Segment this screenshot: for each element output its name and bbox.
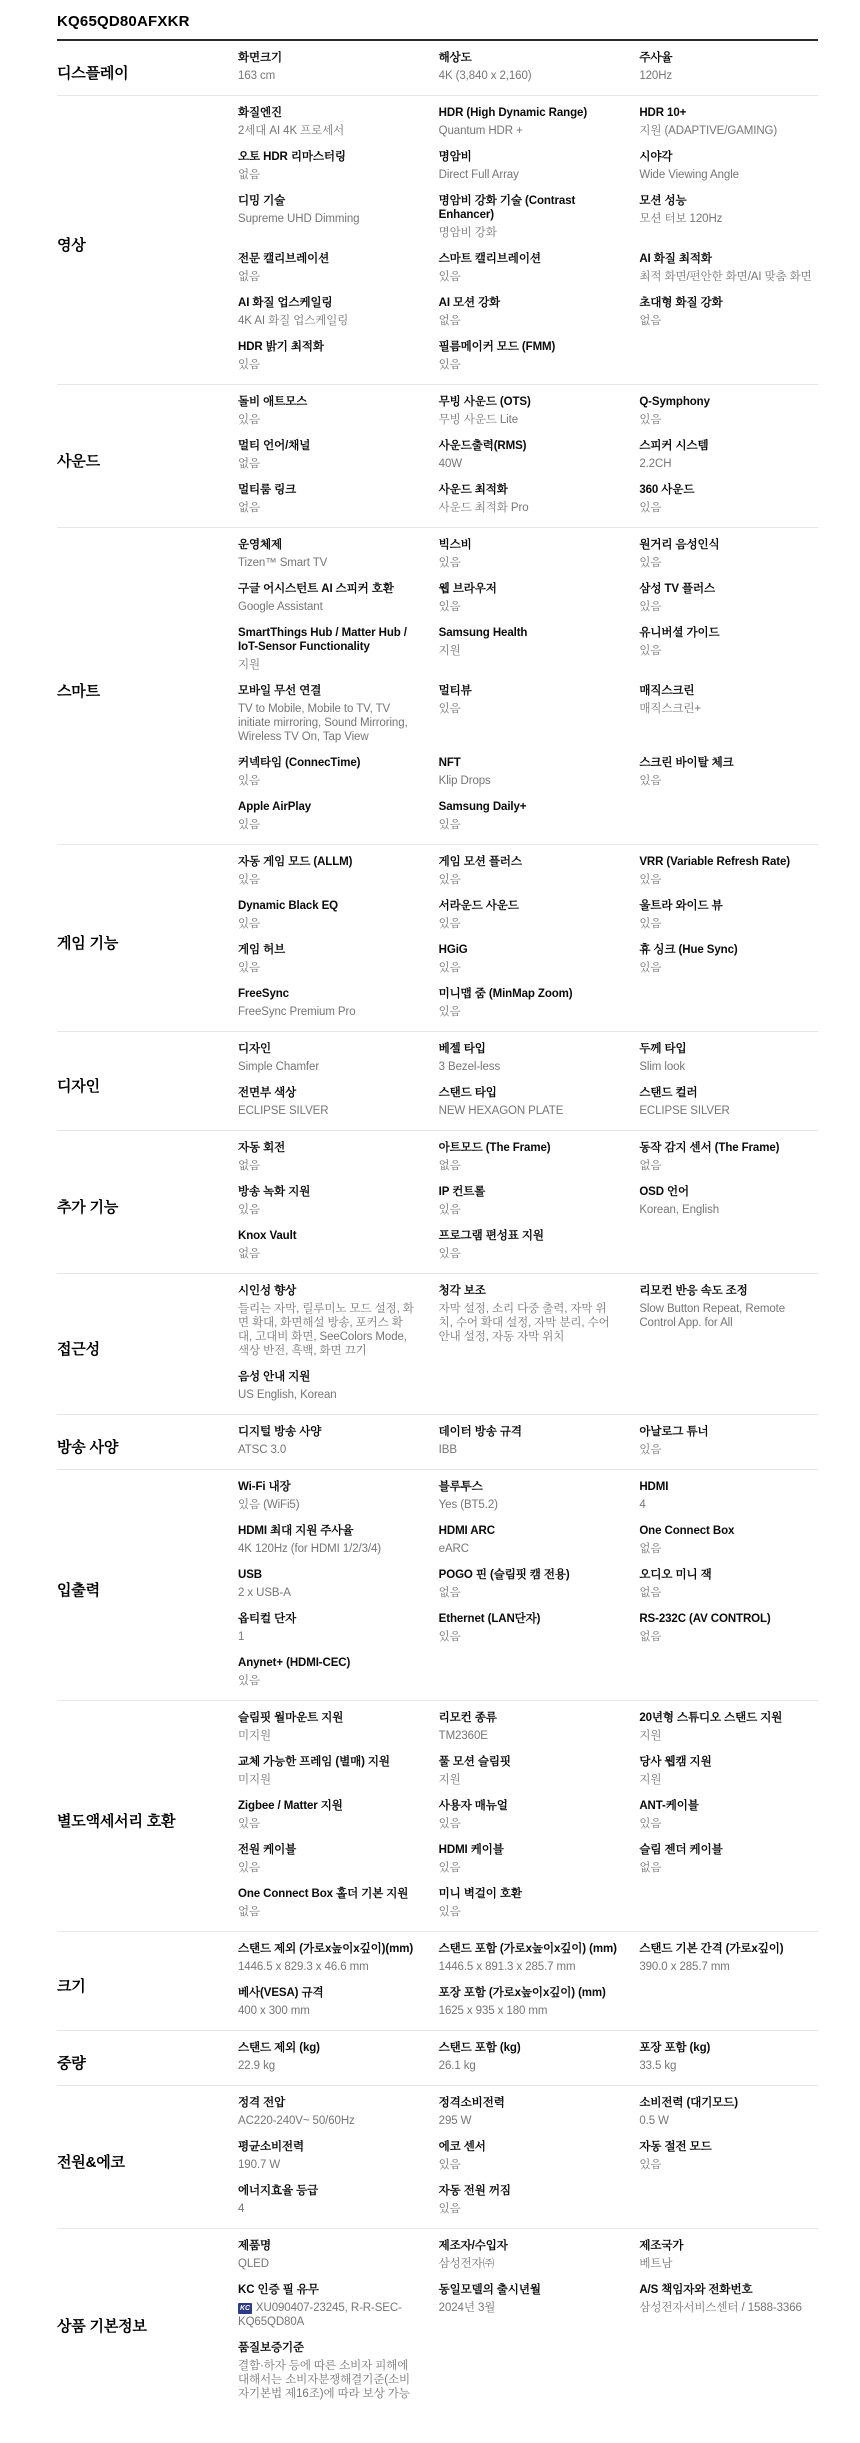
spec-name: USB bbox=[238, 1568, 417, 1582]
spec-item: 스피커 시스템 2.2CH bbox=[639, 439, 818, 471]
spec-item: 커넥타임 (ConnecTime) 있음 bbox=[238, 756, 417, 788]
spec-name: 정격 전압 bbox=[238, 2096, 417, 2110]
spec-item: FreeSync FreeSync Premium Pro bbox=[238, 987, 417, 1019]
spec-item: Knox Vault 없음 bbox=[238, 1229, 417, 1261]
spec-value: 1 bbox=[238, 1630, 417, 1644]
spec-name: 평균소비전력 bbox=[238, 2140, 417, 2154]
spec-item: 삼성 TV 플러스 있음 bbox=[639, 582, 818, 614]
spec-name: 사운드 최적화 bbox=[439, 483, 618, 497]
section-items: 정격 전압 AC220-240V~ 50/60Hz 정격소비전력 295 W 소… bbox=[238, 2094, 818, 2228]
spec-name: 주사율 bbox=[639, 51, 818, 65]
spec-item: 동일모델의 출시년월 2024년 3월 bbox=[439, 2283, 618, 2315]
spec-item: 스탠드 컬러 ECLIPSE SILVER bbox=[639, 1086, 818, 1118]
spec-item: HDMI 최대 지원 주사율 4K 120Hz (for HDMI 1/2/3/… bbox=[238, 1524, 417, 1556]
spec-item: 자동 회전 없음 bbox=[238, 1141, 417, 1173]
spec-value: NEW HEXAGON PLATE bbox=[439, 1104, 618, 1118]
spec-value: 있음 bbox=[439, 600, 618, 614]
spec-item: 미니 벽걸이 호환 있음 bbox=[439, 1887, 618, 1919]
spec-name: ANT-케이블 bbox=[639, 1799, 818, 1813]
spec-value: Google Assistant bbox=[238, 600, 417, 614]
spec-value: 있음 bbox=[439, 1905, 618, 1919]
spec-name: HDR (High Dynamic Range) bbox=[439, 106, 618, 120]
spec-name: 슬림 젠더 케이블 bbox=[639, 1843, 818, 1857]
spec-name: RS-232C (AV CONTROL) bbox=[639, 1612, 818, 1626]
spec-section: 별도액세서리 호환 슬림핏 월마운트 지원 미지원 리모컨 종류 TM2360E… bbox=[57, 1701, 818, 1932]
spec-value: 무빙 사운드 Lite bbox=[439, 413, 618, 427]
spec-item: 모션 성능 모션 터보 120Hz bbox=[639, 194, 818, 226]
spec-value: AC220-240V~ 50/60Hz bbox=[238, 2114, 417, 2128]
spec-section: 추가 기능 자동 회전 없음 아트모드 (The Frame) 없음 동작 감지… bbox=[57, 1131, 818, 1274]
section-label: 중량 bbox=[57, 2046, 238, 2079]
spec-value: 있음 bbox=[639, 2158, 818, 2172]
spec-name: 화질엔진 bbox=[238, 106, 417, 120]
spec-value: 있음 bbox=[639, 961, 818, 975]
spec-item: 멀티뷰 있음 bbox=[439, 684, 618, 716]
spec-item: Anynet+ (HDMI-CEC) 있음 bbox=[238, 1656, 417, 1688]
spec-name: VRR (Variable Refresh Rate) bbox=[639, 855, 818, 869]
spec-name: 스탠드 타입 bbox=[439, 1086, 618, 1100]
spec-name: 베젤 타입 bbox=[439, 1042, 618, 1056]
spec-name: Wi-Fi 내장 bbox=[238, 1480, 417, 1494]
spec-value: 있음 bbox=[639, 600, 818, 614]
spec-name: 청각 보조 bbox=[439, 1284, 618, 1298]
spec-value: 있음 bbox=[238, 873, 417, 887]
section-label: 사운드 bbox=[57, 444, 238, 477]
section-items: 화질엔진 2세대 AI 4K 프로세서 HDR (High Dynamic Ra… bbox=[238, 104, 818, 384]
spec-item: HDMI 케이블 있음 bbox=[439, 1843, 618, 1875]
spec-value: Klip Drops bbox=[439, 774, 618, 788]
spec-name: 스탠드 제외 (가로x높이x깊이)(mm) bbox=[238, 1942, 417, 1956]
spec-value: 33.5 kg bbox=[639, 2059, 818, 2073]
spec-item: KC 인증 필 유무 KCXU090407-23245, R-R-SEC-KQ6… bbox=[238, 2283, 417, 2329]
spec-value: 있음 bbox=[238, 1817, 417, 1831]
spec-item: One Connect Box 홀더 기본 지원 없음 bbox=[238, 1887, 417, 1919]
spec-value: 있음 bbox=[639, 1817, 818, 1831]
spec-item: 유니버셜 가이드 있음 bbox=[639, 626, 818, 658]
spec-item: 360 사운드 있음 bbox=[639, 483, 818, 515]
spec-name: 아날로그 튜너 bbox=[639, 1425, 818, 1439]
spec-item: 명암비 강화 기술 (Contrast Enhancer) 명암비 강화 bbox=[439, 194, 618, 240]
spec-name: 동작 감지 센서 (The Frame) bbox=[639, 1141, 818, 1155]
spec-value: ECLIPSE SILVER bbox=[639, 1104, 818, 1118]
spec-item: 빅스비 있음 bbox=[439, 538, 618, 570]
spec-section: 접근성 시인성 향상 들리는 자막, 릴루미노 모드 설정, 화면 확대, 화면… bbox=[57, 1274, 818, 1415]
spec-name: Apple AirPlay bbox=[238, 800, 417, 814]
spec-value: 있음 bbox=[639, 917, 818, 931]
spec-value: 있음 bbox=[439, 1247, 618, 1261]
spec-name: 명암비 강화 기술 (Contrast Enhancer) bbox=[439, 194, 618, 222]
spec-name: 커넥타임 (ConnecTime) bbox=[238, 756, 417, 770]
spec-item: 포장 포함 (가로x높이x깊이) (mm) 1625 x 935 x 180 m… bbox=[439, 1986, 618, 2018]
spec-value: 있음 bbox=[439, 270, 618, 284]
spec-name: 제조국가 bbox=[639, 2239, 818, 2253]
spec-name: HDMI 케이블 bbox=[439, 1843, 618, 1857]
spec-item: 매직스크린 매직스크린+ bbox=[639, 684, 818, 716]
spec-item: 게임 허브 있음 bbox=[238, 943, 417, 975]
spec-value: 없음 bbox=[238, 1159, 417, 1173]
spec-name: 음성 안내 지원 bbox=[238, 1370, 417, 1384]
spec-item: 에코 센서 있음 bbox=[439, 2140, 618, 2172]
spec-section: 스마트 운영체제 Tizen™ Smart TV 빅스비 있음 원거리 음성인식… bbox=[57, 528, 818, 845]
section-items: Wi-Fi 내장 있음 (WiFi5) 블루투스 Yes (BT5.2) HDM… bbox=[238, 1478, 818, 1700]
spec-item: 청각 보조 자막 설정, 소리 다중 출력, 자막 위치, 수어 확대 설정, … bbox=[439, 1284, 618, 1344]
spec-value: 있음 bbox=[439, 917, 618, 931]
spec-name: 필름메이커 모드 (FMM) bbox=[439, 340, 618, 354]
spec-name: 스피커 시스템 bbox=[639, 439, 818, 453]
section-label: 상품 기본정보 bbox=[57, 2309, 238, 2342]
spec-name: HDMI bbox=[639, 1480, 818, 1494]
spec-value: 지원 bbox=[238, 658, 417, 672]
spec-item: 베사(VESA) 규격 400 x 300 mm bbox=[238, 1986, 417, 2018]
spec-name: 제조자/수입자 bbox=[439, 2239, 618, 2253]
spec-item: HGiG 있음 bbox=[439, 943, 618, 975]
spec-item: 멀티 언어/채널 없음 bbox=[238, 439, 417, 471]
spec-name: 미니맵 줌 (MinMap Zoom) bbox=[439, 987, 618, 1001]
spec-item: ANT-케이블 있음 bbox=[639, 1799, 818, 1831]
spec-value: 400 x 300 mm bbox=[238, 2004, 417, 2018]
spec-name: Q-Symphony bbox=[639, 395, 818, 409]
spec-item: Q-Symphony 있음 bbox=[639, 395, 818, 427]
spec-name: 아트모드 (The Frame) bbox=[439, 1141, 618, 1155]
spec-value: 결함·하자 등에 따른 소비자 피해에 대해서는 소비자분쟁해결기준(소비자기본… bbox=[238, 2359, 417, 2401]
spec-item: Samsung Health 지원 bbox=[439, 626, 618, 658]
spec-item: 데이터 방송 규격 IBB bbox=[439, 1425, 618, 1457]
spec-value: 있음 bbox=[439, 1861, 618, 1875]
spec-item: 화질엔진 2세대 AI 4K 프로세서 bbox=[238, 106, 417, 138]
spec-item: 슬림 젠더 케이블 없음 bbox=[639, 1843, 818, 1875]
spec-name: 포장 포함 (가로x높이x깊이) (mm) bbox=[439, 1986, 618, 2000]
spec-item: 화면크기 163 cm bbox=[238, 51, 417, 83]
spec-item: Zigbee / Matter 지원 있음 bbox=[238, 1799, 417, 1831]
spec-name: 디밍 기술 bbox=[238, 194, 417, 208]
spec-name: Zigbee / Matter 지원 bbox=[238, 1799, 417, 1813]
section-items: 디자인 Simple Chamfer 베젤 타입 3 Bezel-less 두께… bbox=[238, 1040, 818, 1130]
spec-name: 전면부 색상 bbox=[238, 1086, 417, 1100]
spec-value: 1625 x 935 x 180 mm bbox=[439, 2004, 618, 2018]
spec-name: 전문 캘리브레이션 bbox=[238, 252, 417, 266]
spec-value: 지원 bbox=[639, 1773, 818, 1787]
spec-value: 없음 bbox=[639, 1861, 818, 1875]
spec-item: 돌비 애트모스 있음 bbox=[238, 395, 417, 427]
spec-item: 미니맵 줌 (MinMap Zoom) 있음 bbox=[439, 987, 618, 1019]
spec-name: Dynamic Black EQ bbox=[238, 899, 417, 913]
spec-value: 미지원 bbox=[238, 1729, 417, 1743]
spec-item: Wi-Fi 내장 있음 (WiFi5) bbox=[238, 1480, 417, 1512]
spec-value: 3 Bezel-less bbox=[439, 1060, 618, 1074]
spec-name: HGiG bbox=[439, 943, 618, 957]
spec-item: POGO 핀 (슬림핏 캠 전용) 없음 bbox=[439, 1568, 618, 1600]
spec-value: Wide Viewing Angle bbox=[639, 168, 818, 182]
spec-item: 운영체제 Tizen™ Smart TV bbox=[238, 538, 417, 570]
section-items: 운영체제 Tizen™ Smart TV 빅스비 있음 원거리 음성인식 있음 … bbox=[238, 536, 818, 844]
spec-name: 옵티컬 단자 bbox=[238, 1612, 417, 1626]
spec-name: 교체 가능한 프레임 (별매) 지원 bbox=[238, 1755, 417, 1769]
spec-value: US English, Korean bbox=[238, 1388, 417, 1402]
spec-value: TM2360E bbox=[439, 1729, 618, 1743]
spec-name: 운영체제 bbox=[238, 538, 417, 552]
spec-item: 당사 웹캠 지원 지원 bbox=[639, 1755, 818, 1787]
spec-name: 20년형 스튜디오 스탠드 지원 bbox=[639, 1711, 818, 1725]
spec-name: 정격소비전력 bbox=[439, 2096, 618, 2110]
spec-name: KC 인증 필 유무 bbox=[238, 2283, 417, 2297]
spec-item: 스탠드 포함 (kg) 26.1 kg bbox=[439, 2041, 618, 2073]
section-label: 크기 bbox=[57, 1969, 238, 2002]
spec-name: 무빙 사운드 (OTS) bbox=[439, 395, 618, 409]
spec-name: 동일모델의 출시년월 bbox=[439, 2283, 618, 2297]
spec-value: 사운드 최적화 Pro bbox=[439, 501, 618, 515]
spec-item: 시야각 Wide Viewing Angle bbox=[639, 150, 818, 182]
spec-value: Quantum HDR + bbox=[439, 124, 618, 138]
spec-value: 있음 bbox=[238, 961, 417, 975]
spec-section: 전원&에코 정격 전압 AC220-240V~ 50/60Hz 정격소비전력 2… bbox=[57, 2086, 818, 2229]
spec-name: HDR 밝기 최적화 bbox=[238, 340, 417, 354]
spec-name: Knox Vault bbox=[238, 1229, 417, 1243]
spec-value: Slow Button Repeat, Remote Control App. … bbox=[639, 1302, 818, 1330]
spec-name: 블루투스 bbox=[439, 1480, 618, 1494]
spec-item: 사용자 매뉴얼 있음 bbox=[439, 1799, 618, 1831]
spec-value: 있음 bbox=[238, 358, 417, 372]
spec-value: 190.7 W bbox=[238, 2158, 417, 2172]
spec-item: VRR (Variable Refresh Rate) 있음 bbox=[639, 855, 818, 887]
spec-item: 시인성 향상 들리는 자막, 릴루미노 모드 설정, 화면 확대, 화면해설 방… bbox=[238, 1284, 417, 1358]
spec-value: TV to Mobile, Mobile to TV, TV initiate … bbox=[238, 702, 417, 744]
spec-item: 웹 브라우저 있음 bbox=[439, 582, 618, 614]
spec-name: 사운드출력(RMS) bbox=[439, 439, 618, 453]
spec-value: 삼성전자서비스센터 / 1588-3366 bbox=[639, 2301, 818, 2315]
spec-name: 스마트 캘리브레이션 bbox=[439, 252, 618, 266]
spec-item: 리모컨 종류 TM2360E bbox=[439, 1711, 618, 1743]
spec-value: 4K 120Hz (for HDMI 1/2/3/4) bbox=[238, 1542, 417, 1556]
spec-item: 모바일 무선 연결 TV to Mobile, Mobile to TV, TV… bbox=[238, 684, 417, 744]
spec-item: 스탠드 포함 (가로x높이x깊이) (mm) 1446.5 x 891.3 x … bbox=[439, 1942, 618, 1974]
spec-item: 울트라 와이드 뷰 있음 bbox=[639, 899, 818, 931]
spec-name: HDMI 최대 지원 주사율 bbox=[238, 1524, 417, 1538]
spec-item: RS-232C (AV CONTROL) 없음 bbox=[639, 1612, 818, 1644]
spec-value: ATSC 3.0 bbox=[238, 1443, 417, 1457]
spec-value: 있음 bbox=[639, 873, 818, 887]
spec-value: 없음 bbox=[639, 314, 818, 328]
spec-value: 있음 bbox=[439, 358, 618, 372]
spec-value: 있음 bbox=[639, 1443, 818, 1457]
spec-item: 20년형 스튜디오 스탠드 지원 지원 bbox=[639, 1711, 818, 1743]
spec-item: 아날로그 튜너 있음 bbox=[639, 1425, 818, 1457]
section-label: 디스플레이 bbox=[57, 56, 238, 89]
spec-value: IBB bbox=[439, 1443, 618, 1457]
spec-value: Simple Chamfer bbox=[238, 1060, 417, 1074]
spec-item: HDMI 4 bbox=[639, 1480, 818, 1512]
spec-value: 있음 bbox=[639, 413, 818, 427]
spec-name: 게임 모션 플러스 bbox=[439, 855, 618, 869]
spec-value: 있음 bbox=[238, 917, 417, 931]
spec-item: 전문 캘리브레이션 없음 bbox=[238, 252, 417, 284]
spec-name: 전원 케이블 bbox=[238, 1843, 417, 1857]
spec-name: 서라운드 사운드 bbox=[439, 899, 618, 913]
spec-name: One Connect Box bbox=[639, 1524, 818, 1538]
spec-item: 무빙 사운드 (OTS) 무빙 사운드 Lite bbox=[439, 395, 618, 427]
spec-value: KCXU090407-23245, R-R-SEC-KQ65QD80A bbox=[238, 2301, 417, 2329]
spec-value: 있음 bbox=[439, 2202, 618, 2216]
spec-item: 스탠드 타입 NEW HEXAGON PLATE bbox=[439, 1086, 618, 1118]
spec-name: 두께 타입 bbox=[639, 1042, 818, 1056]
spec-name: Anynet+ (HDMI-CEC) bbox=[238, 1656, 417, 1670]
spec-item: 평균소비전력 190.7 W bbox=[238, 2140, 417, 2172]
spec-name: 프로그램 편성표 지원 bbox=[439, 1229, 618, 1243]
spec-item: 두께 타입 Slim look bbox=[639, 1042, 818, 1074]
spec-item: 교체 가능한 프레임 (별매) 지원 미지원 bbox=[238, 1755, 417, 1787]
section-items: 디지털 방송 사양 ATSC 3.0 데이터 방송 규격 IBB 아날로그 튜너… bbox=[238, 1423, 818, 1469]
spec-section: 디자인 디자인 Simple Chamfer 베젤 타입 3 Bezel-les… bbox=[57, 1032, 818, 1131]
spec-value: FreeSync Premium Pro bbox=[238, 1005, 417, 1019]
spec-item: Apple AirPlay 있음 bbox=[238, 800, 417, 832]
spec-item: Samsung Daily+ 있음 bbox=[439, 800, 618, 832]
spec-name: 원거리 음성인식 bbox=[639, 538, 818, 552]
spec-item: 에너지효율 등급 4 bbox=[238, 2184, 417, 2216]
spec-name: 당사 웹캠 지원 bbox=[639, 1755, 818, 1769]
spec-item: 자동 게임 모드 (ALLM) 있음 bbox=[238, 855, 417, 887]
spec-item: 초대형 화질 강화 없음 bbox=[639, 296, 818, 328]
spec-value: 미지원 bbox=[238, 1773, 417, 1787]
spec-value: 최적 화면/편안한 화면/AI 맞춤 화면 bbox=[639, 270, 818, 284]
spec-item: AI 화질 업스케일링 4K AI 화질 업스케일링 bbox=[238, 296, 417, 328]
section-label: 전원&에코 bbox=[57, 2145, 238, 2178]
spec-value: 있음 bbox=[439, 1005, 618, 1019]
spec-value: 295 W bbox=[439, 2114, 618, 2128]
spec-value: 있음 bbox=[639, 556, 818, 570]
spec-value: 2 x USB-A bbox=[238, 1586, 417, 1600]
spec-name: 디자인 bbox=[238, 1042, 417, 1056]
spec-item: 구글 어시스턴트 AI 스피커 호환 Google Assistant bbox=[238, 582, 417, 614]
spec-name: 품질보증기준 bbox=[238, 2341, 417, 2355]
spec-item: 정격 전압 AC220-240V~ 50/60Hz bbox=[238, 2096, 417, 2128]
spec-item: 제조국가 베트남 bbox=[639, 2239, 818, 2271]
spec-item: 전면부 색상 ECLIPSE SILVER bbox=[238, 1086, 417, 1118]
spec-value: Korean, English bbox=[639, 1203, 818, 1217]
spec-item: USB 2 x USB-A bbox=[238, 1568, 417, 1600]
spec-section: 중량 스탠드 제외 (kg) 22.9 kg 스탠드 포함 (kg) 26.1 … bbox=[57, 2031, 818, 2086]
section-label: 디자인 bbox=[57, 1069, 238, 1102]
spec-value: 있음 bbox=[439, 818, 618, 832]
spec-value: 있음 bbox=[238, 413, 417, 427]
spec-name: FreeSync bbox=[238, 987, 417, 1001]
spec-value: 없음 bbox=[439, 1159, 618, 1173]
spec-name: AI 화질 업스케일링 bbox=[238, 296, 417, 310]
spec-value: 163 cm bbox=[238, 69, 417, 83]
spec-item: HDR 밝기 최적화 있음 bbox=[238, 340, 417, 372]
spec-value: 있음 bbox=[439, 961, 618, 975]
spec-name: 초대형 화질 강화 bbox=[639, 296, 818, 310]
section-items: 자동 게임 모드 (ALLM) 있음 게임 모션 플러스 있음 VRR (Var… bbox=[238, 853, 818, 1031]
spec-item: 사운드출력(RMS) 40W bbox=[439, 439, 618, 471]
spec-name: 자동 절전 모드 bbox=[639, 2140, 818, 2154]
spec-item: 전원 케이블 있음 bbox=[238, 1843, 417, 1875]
spec-name: 방송 녹화 지원 bbox=[238, 1185, 417, 1199]
spec-item: 사운드 최적화 사운드 최적화 Pro bbox=[439, 483, 618, 515]
spec-value: 있음 bbox=[439, 1817, 618, 1831]
spec-value: 있음 bbox=[439, 702, 618, 716]
spec-item: 풀 모션 슬림핏 지원 bbox=[439, 1755, 618, 1787]
spec-name: A/S 책임자와 전화번호 bbox=[639, 2283, 818, 2297]
spec-item: 자동 절전 모드 있음 bbox=[639, 2140, 818, 2172]
spec-name: 에코 센서 bbox=[439, 2140, 618, 2154]
spec-value: 지원 (ADAPTIVE/GAMING) bbox=[639, 124, 818, 138]
spec-value: QLED bbox=[238, 2257, 417, 2271]
spec-name: Samsung Daily+ bbox=[439, 800, 618, 814]
spec-item: 디밍 기술 Supreme UHD Dimming bbox=[238, 194, 417, 226]
spec-value: 있음 bbox=[639, 644, 818, 658]
spec-name: 사용자 매뉴얼 bbox=[439, 1799, 618, 1813]
spec-name: 휴 싱크 (Hue Sync) bbox=[639, 943, 818, 957]
spec-item: 해상도 4K (3,840 x 2,160) bbox=[439, 51, 618, 83]
section-label: 방송 사양 bbox=[57, 1430, 238, 1463]
spec-value: 있음 bbox=[238, 818, 417, 832]
spec-item: 포장 포함 (kg) 33.5 kg bbox=[639, 2041, 818, 2073]
spec-sections: 디스플레이 화면크기 163 cm 해상도 4K (3,840 x 2,160)… bbox=[57, 41, 818, 2413]
spec-item: 자동 전원 꺼짐 있음 bbox=[439, 2184, 618, 2216]
spec-value: 있음 bbox=[238, 1861, 417, 1875]
spec-value: 2세대 AI 4K 프로세서 bbox=[238, 124, 417, 138]
spec-value: 없음 bbox=[639, 1586, 818, 1600]
spec-name: 데이터 방송 규격 bbox=[439, 1425, 618, 1439]
spec-value: 없음 bbox=[639, 1542, 818, 1556]
spec-name: 베사(VESA) 규격 bbox=[238, 1986, 417, 2000]
spec-value: 40W bbox=[439, 457, 618, 471]
spec-item: 디자인 Simple Chamfer bbox=[238, 1042, 417, 1074]
spec-item: 리모컨 반응 속도 조정 Slow Button Repeat, Remote … bbox=[639, 1284, 818, 1330]
spec-name: 명암비 bbox=[439, 150, 618, 164]
spec-value: 지원 bbox=[439, 1773, 618, 1787]
spec-section: 사운드 돌비 애트모스 있음 무빙 사운드 (OTS) 무빙 사운드 Lite … bbox=[57, 385, 818, 528]
spec-item: 동작 감지 센서 (The Frame) 없음 bbox=[639, 1141, 818, 1173]
spec-name: 시인성 향상 bbox=[238, 1284, 417, 1298]
spec-name: 멀티 언어/채널 bbox=[238, 439, 417, 453]
spec-name: 빅스비 bbox=[439, 538, 618, 552]
spec-value: 있음 bbox=[439, 2158, 618, 2172]
spec-value: 지원 bbox=[439, 644, 618, 658]
spec-value: eARC bbox=[439, 1542, 618, 1556]
spec-item: OSD 언어 Korean, English bbox=[639, 1185, 818, 1217]
spec-name: 매직스크린 bbox=[639, 684, 818, 698]
spec-value: Yes (BT5.2) bbox=[439, 1498, 618, 1512]
spec-value: Supreme UHD Dimming bbox=[238, 212, 417, 226]
spec-value: 베트남 bbox=[639, 2257, 818, 2271]
spec-name: 돌비 애트모스 bbox=[238, 395, 417, 409]
spec-item: 휴 싱크 (Hue Sync) 있음 bbox=[639, 943, 818, 975]
spec-value: 없음 bbox=[439, 314, 618, 328]
spec-value: 없음 bbox=[238, 457, 417, 471]
spec-name: 포장 포함 (kg) bbox=[639, 2041, 818, 2055]
section-label: 게임 기능 bbox=[57, 926, 238, 959]
spec-item: 블루투스 Yes (BT5.2) bbox=[439, 1480, 618, 1512]
spec-item: 원거리 음성인식 있음 bbox=[639, 538, 818, 570]
spec-value: 있음 bbox=[639, 501, 818, 515]
spec-value: Slim look bbox=[639, 1060, 818, 1074]
spec-name: 웹 브라우저 bbox=[439, 582, 618, 596]
section-items: 시인성 향상 들리는 자막, 릴루미노 모드 설정, 화면 확대, 화면해설 방… bbox=[238, 1282, 818, 1414]
spec-item: IP 컨트롤 있음 bbox=[439, 1185, 618, 1217]
spec-name: HDMI ARC bbox=[439, 1524, 618, 1538]
spec-value: 0.5 W bbox=[639, 2114, 818, 2128]
section-items: 스탠드 제외 (kg) 22.9 kg 스탠드 포함 (kg) 26.1 kg … bbox=[238, 2039, 818, 2085]
spec-name: 풀 모션 슬림핏 bbox=[439, 1755, 618, 1769]
spec-item: 제품명 QLED bbox=[238, 2239, 417, 2271]
spec-value: 없음 bbox=[639, 1630, 818, 1644]
spec-item: 옵티컬 단자 1 bbox=[238, 1612, 417, 1644]
spec-value: 매직스크린+ bbox=[639, 702, 818, 716]
spec-value: 2.2CH bbox=[639, 457, 818, 471]
spec-item: 스마트 캘리브레이션 있음 bbox=[439, 252, 618, 284]
section-label: 입출력 bbox=[57, 1573, 238, 1606]
spec-item: 디지털 방송 사양 ATSC 3.0 bbox=[238, 1425, 417, 1457]
